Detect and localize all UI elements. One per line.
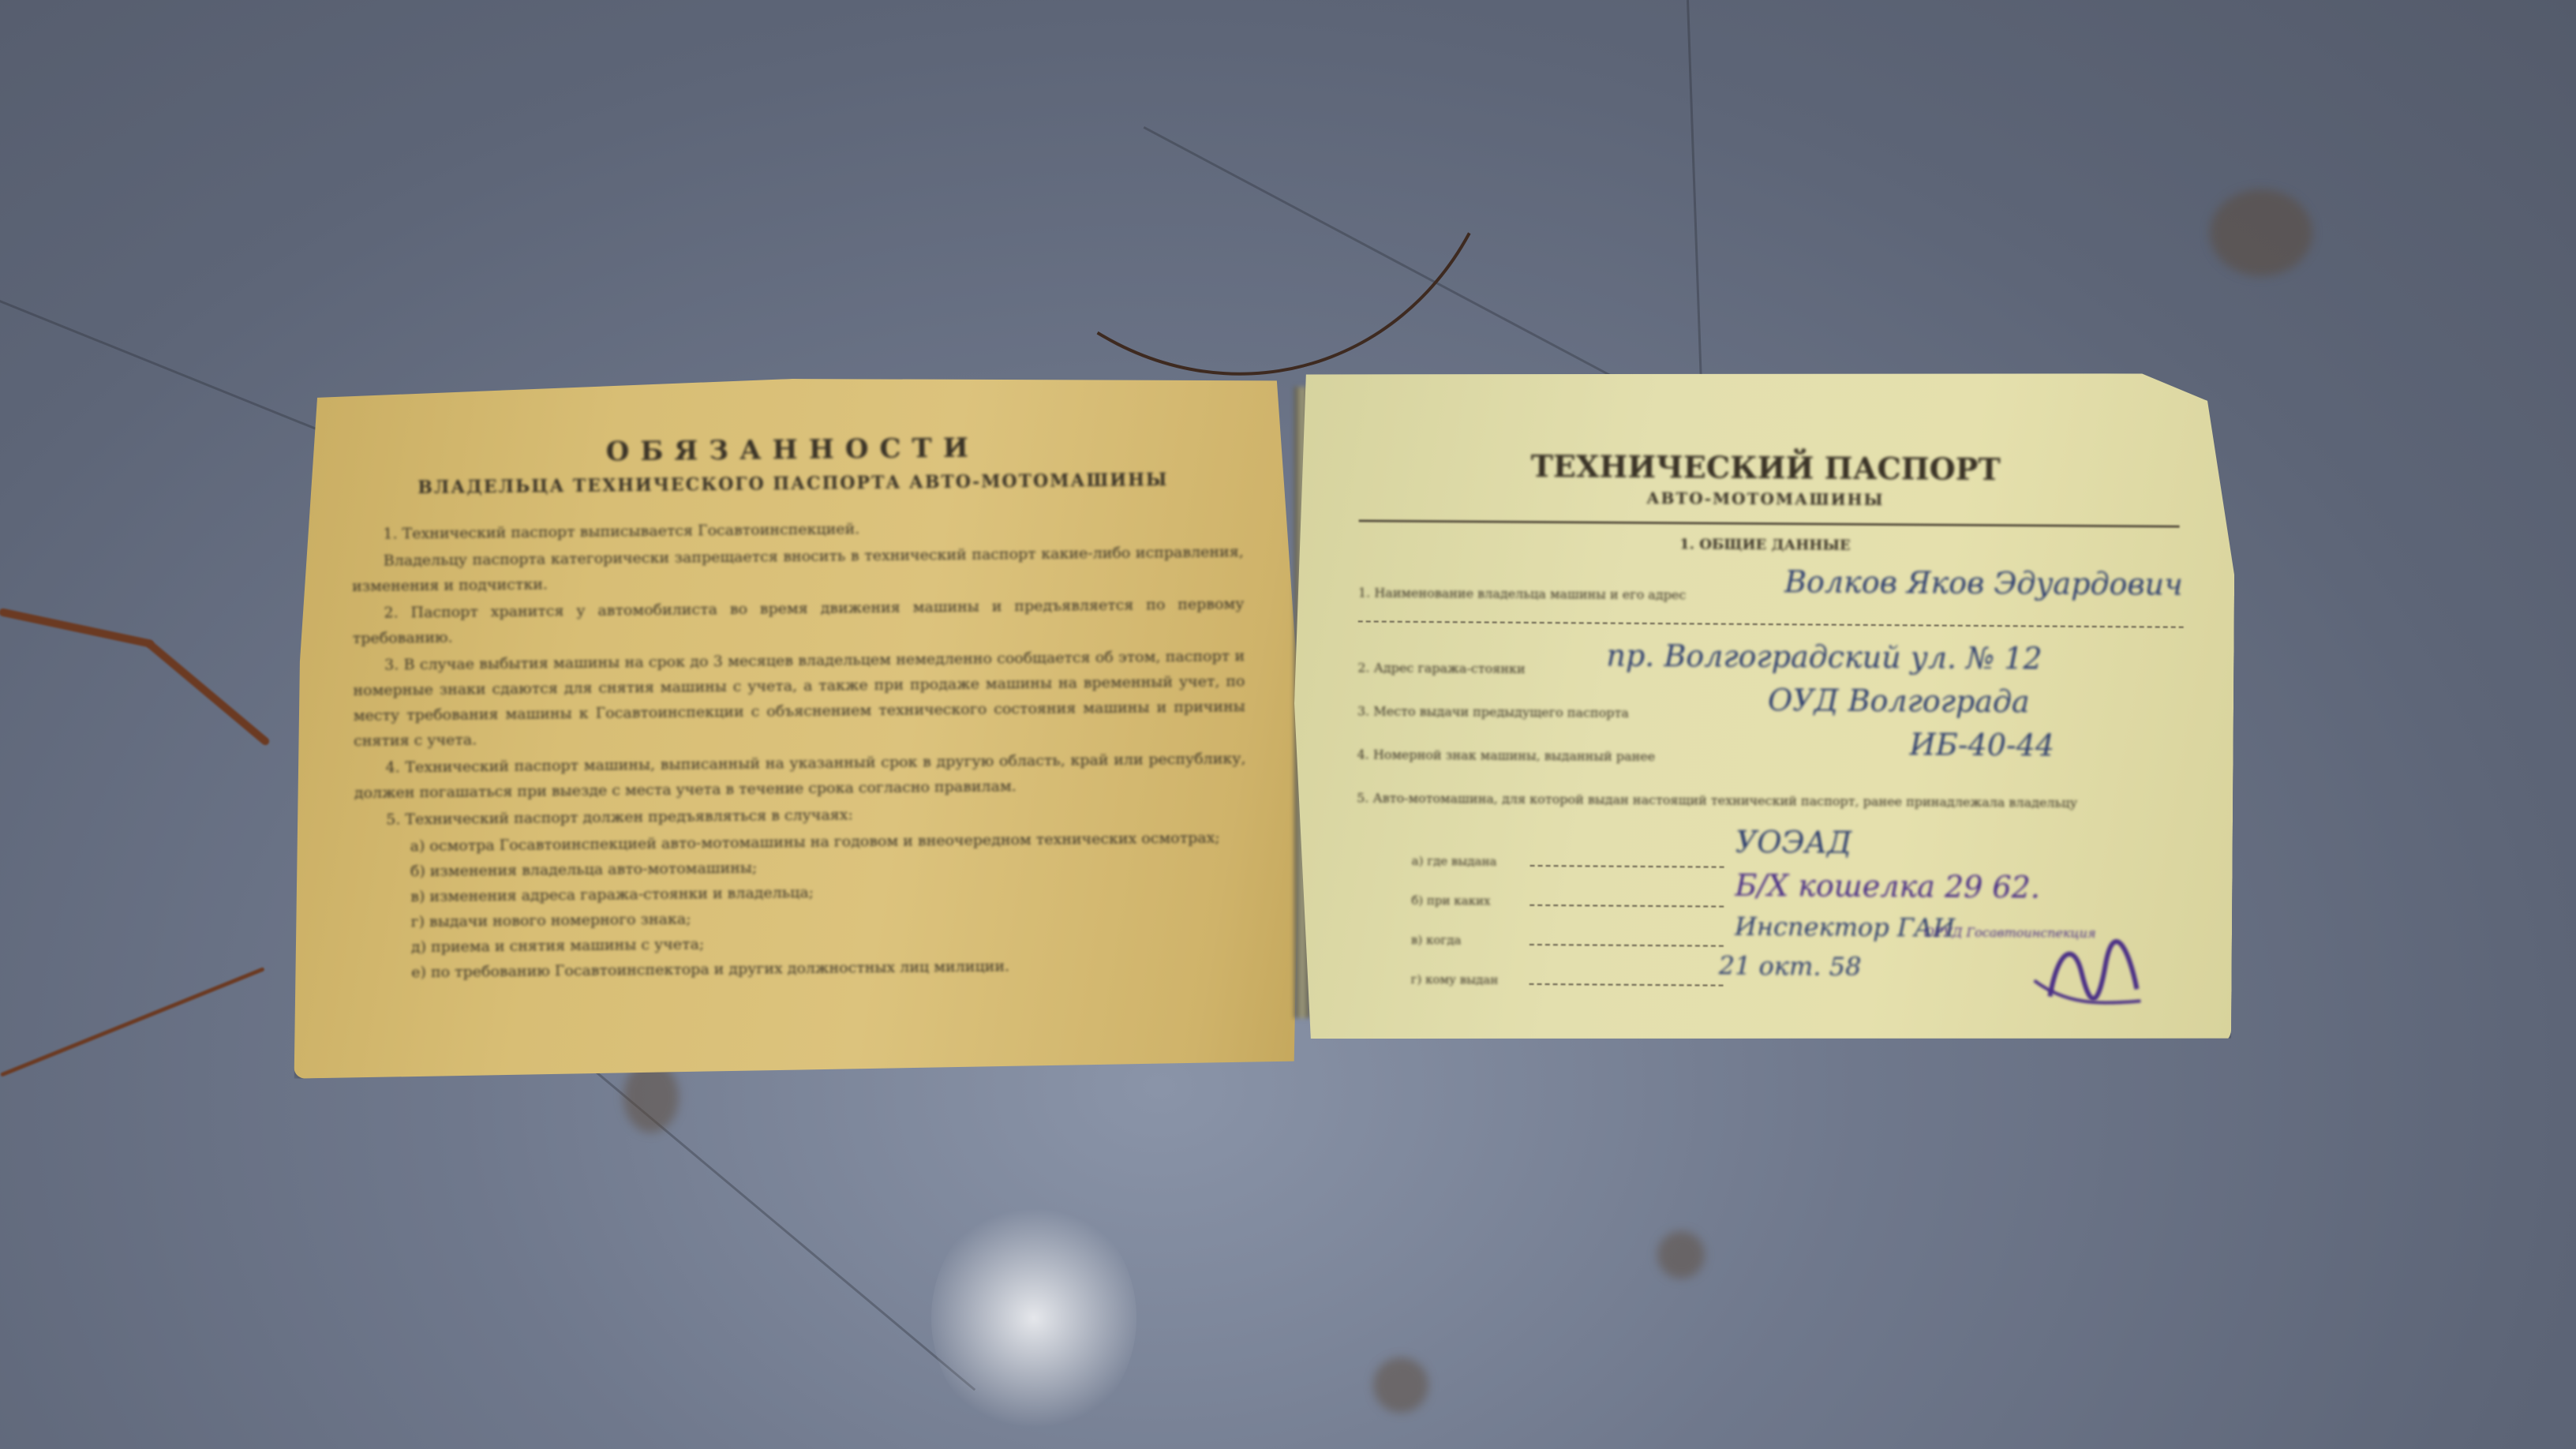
- section-heading: 1. ОБЩИЕ ДАННЫЕ: [1295, 534, 2234, 556]
- rust-streak: [145, 639, 271, 747]
- handwritten-plate: ИБ-40-44: [1910, 727, 2055, 762]
- sub-field: а) где выдана: [1412, 854, 1497, 869]
- fill-line: [1529, 904, 1727, 908]
- passport-title: ТЕХНИЧЕСКИЙ ПАСПОРТ: [1296, 447, 2235, 489]
- stain: [1657, 1231, 1705, 1279]
- fill-line: [1529, 983, 1727, 987]
- passport-subtitle: АВТО-МОТОМАШИНЫ: [1296, 486, 2235, 511]
- fill-line: [1529, 944, 1727, 947]
- sub-field: г) кому выдан: [1411, 972, 1499, 987]
- field-label: 1. Наименование владельца машины и его а…: [1358, 585, 1686, 602]
- left-page-duties: ОБЯЗАННОСТИ ВЛАДЕЛЬЦА ТЕХНИЧЕСКОГО ПАСПО…: [286, 373, 1304, 1078]
- signature-icon: [2026, 925, 2145, 1020]
- right-page-passport: ТЕХНИЧЕСКИЙ ПАСПОРТ АВТО-МОТОМАШИНЫ 1. О…: [1292, 368, 2236, 1045]
- handwritten-sub-field: Инспектор ГАИ: [1735, 912, 1955, 943]
- floor-seam: [551, 1034, 975, 1391]
- floor-crack: [877, 0, 1575, 439]
- stain: [1373, 1357, 1428, 1413]
- duty-paragraph: Владельцу паспорта категорически запреща…: [352, 539, 1245, 599]
- duties-text: 1. Технический паспорт выписывается Госа…: [351, 512, 1248, 986]
- field-label: 3. Место выдачи предыдущего паспорта: [1357, 703, 1629, 720]
- rust-streak: [0, 967, 265, 1076]
- light-glare: [931, 1200, 1136, 1436]
- field-plate: 4. Номерной знак машины, выданный ранее: [1357, 747, 2185, 767]
- field-label: 5. Авто-мотомашина, для которой выдан на…: [1357, 790, 2077, 810]
- fill-line: [1358, 620, 2187, 627]
- duty-paragraph: 3. В случае выбытия машины на срок до 3 …: [353, 643, 1245, 754]
- field-section-5: 5. Авто-мотомашина, для которой выдан на…: [1357, 790, 2185, 811]
- fill-line: [1530, 865, 1728, 868]
- stain: [2210, 189, 2312, 276]
- handwritten-previous-issue: ОУД Волгограда: [1768, 683, 2030, 719]
- divider: [1359, 519, 2180, 527]
- handwritten-sub-field: Б/Х кошелка 29 62.: [1735, 868, 2040, 905]
- duty-paragraph: 2. Паспорт хранится у автомобилиста во в…: [352, 591, 1245, 651]
- field-label: 4. Номерной знак машины, выданный ранее: [1357, 747, 1655, 764]
- handwritten-sub-field: УОЭАД: [1735, 825, 1852, 860]
- sub-field: б) при каких: [1411, 893, 1490, 908]
- sub-field: в) когда: [1411, 933, 1462, 947]
- handwritten-owner: Волков Яков Эдуардович: [1784, 564, 2183, 602]
- left-page-subtitle: ВЛАДЕЛЬЦА ТЕХНИЧЕСКОГО ПАСПОРТА АВТО-МОТ…: [288, 468, 1298, 499]
- left-page-title: ОБЯЗАННОСТИ: [287, 429, 1297, 470]
- handwritten-garage: пр. Волгоградский ул. № 12: [1606, 638, 2042, 676]
- field-label: 2. Адрес гаража-стоянки: [1357, 660, 1525, 676]
- rust-streak: [0, 608, 155, 648]
- duty-paragraph: 4. Технический паспорт машины, выписанны…: [354, 746, 1246, 806]
- handwritten-sub-field: 21 окт. 58: [1719, 951, 1862, 982]
